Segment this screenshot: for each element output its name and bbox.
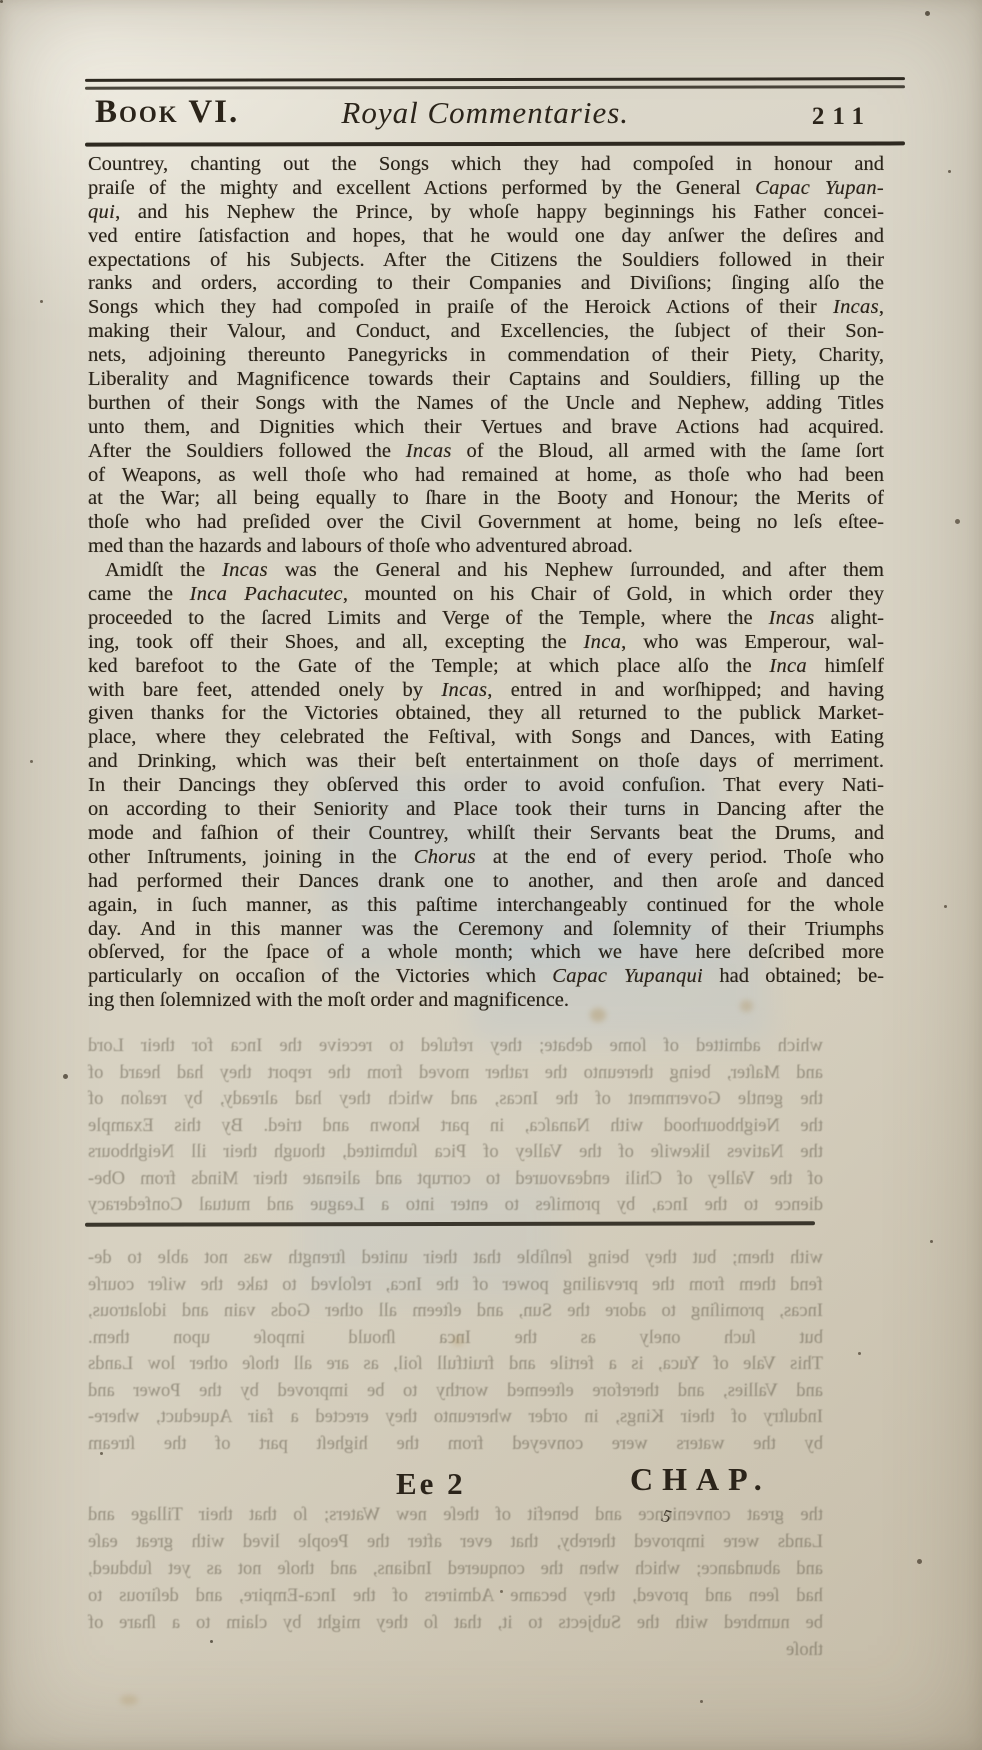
section-divider-rule bbox=[85, 1221, 815, 1227]
ghost-line: Lands were improved thereby, that ever a… bbox=[88, 1529, 823, 1556]
ghost-line: and Vallies, and therefore eſteemed wort… bbox=[88, 1381, 823, 1408]
text-line: After the Souldiers followed the Incas o… bbox=[88, 440, 884, 464]
text-line: Songs which they had compoſed in praiſe … bbox=[88, 296, 884, 320]
top-rule-lower bbox=[85, 85, 905, 89]
text-line: qui, and his Nephew the Prince, by whoſe… bbox=[88, 201, 884, 225]
text-line: ing then ſolemnized with the moſt order … bbox=[88, 989, 884, 1013]
ghost-line: dience to the Inca, by promiſes to enter… bbox=[88, 1195, 823, 1222]
text-line: at the War; all being equally to ſhare i… bbox=[88, 487, 884, 511]
text-line: Amidſt the Incas was the General and his… bbox=[88, 559, 884, 583]
ghost-line: the gentle Government of the Incas, and … bbox=[88, 1089, 823, 1116]
catchword: CHAP. bbox=[630, 1461, 771, 1498]
text-line: and Drinking, which was their beſt enter… bbox=[88, 750, 884, 774]
foxing-stain bbox=[120, 1695, 138, 1705]
text-line: ved entire ſatisfaction and hopes, that … bbox=[88, 225, 884, 249]
ghost-line: the Natives likewiſe of the Valley of Pi… bbox=[88, 1142, 823, 1169]
ghost-line: which admitted of ſome debate; they refu… bbox=[88, 1036, 823, 1063]
ghost-line: This Vale of Yuca, is a fertile and frui… bbox=[88, 1354, 823, 1381]
text-line: ked barefoot to the Gate of the Temple; … bbox=[88, 655, 884, 679]
text-line: day. And in this manner was the Ceremony… bbox=[88, 918, 884, 942]
text-line: place, where they celebrated the Feſtiva… bbox=[88, 726, 884, 750]
text-line: ranks and orders, according to their Com… bbox=[88, 272, 884, 296]
text-line: med than the hazards and labours of thoſ… bbox=[88, 535, 884, 559]
text-line: again, in ſuch manner, as this paſtime i… bbox=[88, 894, 884, 918]
header-rule bbox=[85, 141, 905, 146]
text-line: obſerved, for the ſpace of a whole month… bbox=[88, 941, 884, 965]
foxing-stain bbox=[452, 1336, 464, 1346]
ghost-line: had ſeen and proved, they became Admirer… bbox=[88, 1583, 823, 1610]
ghost-line: thoſe bbox=[88, 1637, 823, 1664]
ghost-line: Induſtry of their Kings, in order whereu… bbox=[88, 1407, 823, 1434]
text-line: given thanks for the Victories obtained,… bbox=[88, 702, 884, 726]
text-line: unto them, and Dignities which their Ver… bbox=[88, 416, 884, 440]
signature-mark: Ee 2 bbox=[396, 1466, 466, 1502]
ghost-text-bleedthrough: with them; but they being ſenſible that … bbox=[88, 1248, 823, 1460]
ghost-line: and abundance; which when the conquered … bbox=[88, 1556, 823, 1583]
text-line: expectations of his Subjects. After the … bbox=[88, 249, 884, 273]
ink-specks bbox=[0, 0, 3, 3]
text-line: thoſe who had preſided over the Civil Go… bbox=[88, 511, 884, 535]
text-line: nets, adjoining thereunto Panegyricks in… bbox=[88, 344, 884, 368]
text-line: Countrey, chanting out the Songs which t… bbox=[88, 153, 884, 177]
book-page: Book VI. Royal Commentaries. 211 Countre… bbox=[0, 0, 982, 1750]
book-label: Book VI. bbox=[95, 94, 239, 131]
ghost-line: be numbred with the Subjects to it, that… bbox=[88, 1610, 823, 1637]
body-text: Countrey, chanting out the Songs which t… bbox=[88, 153, 884, 1013]
ghost-line: and Maſter, being thereunto the rather m… bbox=[88, 1063, 823, 1090]
ghost-line: of the Valley of Chili endeavoured to co… bbox=[88, 1169, 823, 1196]
text-line: other Inſtruments, joining in the Chorus… bbox=[88, 846, 884, 870]
ghost-text-bleedthrough: which admitted of ſome debate; they refu… bbox=[88, 1036, 823, 1222]
top-rule-upper bbox=[85, 77, 905, 82]
text-line: mode and faſhion of their Countrey, whil… bbox=[88, 822, 884, 846]
text-line: had performed their Dances drank one to … bbox=[88, 870, 884, 894]
ghost-text-bleedthrough: the great convenience and benefit of the… bbox=[88, 1502, 823, 1664]
ghost-line: by the waters were conveyed from the hig… bbox=[88, 1434, 823, 1461]
page-number: 211 bbox=[812, 103, 872, 131]
text-line: particularly on occaſion of the Victorie… bbox=[88, 965, 884, 989]
paragraph: Amidſt the Incas was the General and his… bbox=[88, 559, 884, 1013]
ghost-line: with them; but they being ſenſible that … bbox=[88, 1248, 823, 1275]
text-line: with bare feet, attended onely by Incas,… bbox=[88, 679, 884, 703]
ghost-line: fend them from the prevailing power of t… bbox=[88, 1275, 823, 1302]
text-line: making their Valour, and Conduct, and Ex… bbox=[88, 320, 884, 344]
ghost-line: the great convenience and benefit of the… bbox=[88, 1502, 823, 1529]
text-line: praiſe of the mighty and excellent Actio… bbox=[88, 177, 884, 201]
text-line: on according to their Seniority and Plac… bbox=[88, 798, 884, 822]
text-line: In their Dancings they obſerved this ord… bbox=[88, 774, 884, 798]
paragraph: Countrey, chanting out the Songs which t… bbox=[88, 153, 884, 559]
running-title: Royal Commentaries. bbox=[341, 95, 629, 131]
text-line: Liberality and Magnificence towards thei… bbox=[88, 368, 884, 392]
text-line: ing, took off their Shoes, and all, exce… bbox=[88, 631, 884, 655]
ghost-line: Incas, promiſing to adore the Sun, and e… bbox=[88, 1301, 823, 1328]
text-line: came the Inca Pachacutec, mounted on his… bbox=[88, 583, 884, 607]
text-line: proceeded to the ſacred Limits and Verge… bbox=[88, 607, 884, 631]
text-line: of Weapons, as well thoſe who had remain… bbox=[88, 464, 884, 488]
text-line: burthen of their Songs with the Names of… bbox=[88, 392, 884, 416]
ghost-line: the Neighbourhood with Nanaſca, in part … bbox=[88, 1116, 823, 1143]
